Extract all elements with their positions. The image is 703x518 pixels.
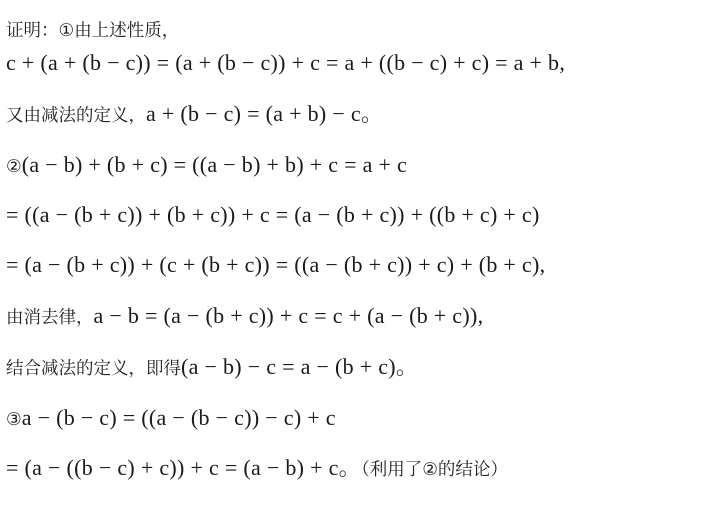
equation: = ((a − (b + c)) + (b + c)) + c = (a − (… <box>6 202 540 227</box>
equation: c + (a + (b − c)) = (a + (b − c)) + c = … <box>6 50 565 75</box>
circled-number-2: ② <box>6 157 22 177</box>
proof-intro: 证明：①由上述性质， <box>6 21 179 41</box>
proof-line-2: c + (a + (b − c)) = (a + (b − c)) + c = … <box>6 50 565 78</box>
proof-line-6: = (a − (b + c)) + (c + (b + c)) = ((a − … <box>6 252 545 280</box>
proof-line-9: ③a − (b − c) = ((a − (b − c)) − c) + c <box>6 405 336 433</box>
equation: = (a − ((b − c) + c)) + c = (a − b) + c。 <box>6 455 361 480</box>
equation: a + (b − c) = (a + b) − c。 <box>146 101 383 126</box>
proof-line-5: = ((a − (b + c)) + (b + c)) + c = (a − (… <box>6 202 540 230</box>
equation: (a − b) + (b + c) = ((a − b) + b) + c = … <box>22 152 407 177</box>
proof-line-1: 证明：①由上述性质， <box>6 18 179 44</box>
proof-line-8: 结合减法的定义，即得(a − b) − c = a − (b + c)。 <box>6 354 418 382</box>
proof-line-7: 由消去律，a − b = (a − (b + c)) + c = c + (a … <box>6 303 483 331</box>
proof-line-10: = (a − ((b − c) + c)) + c = (a − b) + c。… <box>6 455 508 483</box>
equation: a − (b − c) = ((a − (b − c)) − c) + c <box>22 405 336 430</box>
proof-line-4: ②(a − b) + (b + c) = ((a − b) + b) + c =… <box>6 152 407 180</box>
text-segment: 结合减法的定义，即得 <box>6 359 181 379</box>
equation: = (a − (b + c)) + (c + (b + c)) = ((a − … <box>6 252 545 277</box>
equation: a − b = (a − (b + c)) + c = c + (a − (b … <box>94 303 484 328</box>
proof-line-3: 又由减法的定义，a + (b − c) = (a + b) − c。 <box>6 101 383 129</box>
circled-number-3: ③ <box>6 410 22 430</box>
text-segment: 又由减法的定义， <box>6 106 146 126</box>
text-segment: 由消去律， <box>6 308 94 328</box>
equation: (a − b) − c = a − (b + c)。 <box>181 354 418 379</box>
note-text: （利用了②的结论） <box>361 460 508 480</box>
